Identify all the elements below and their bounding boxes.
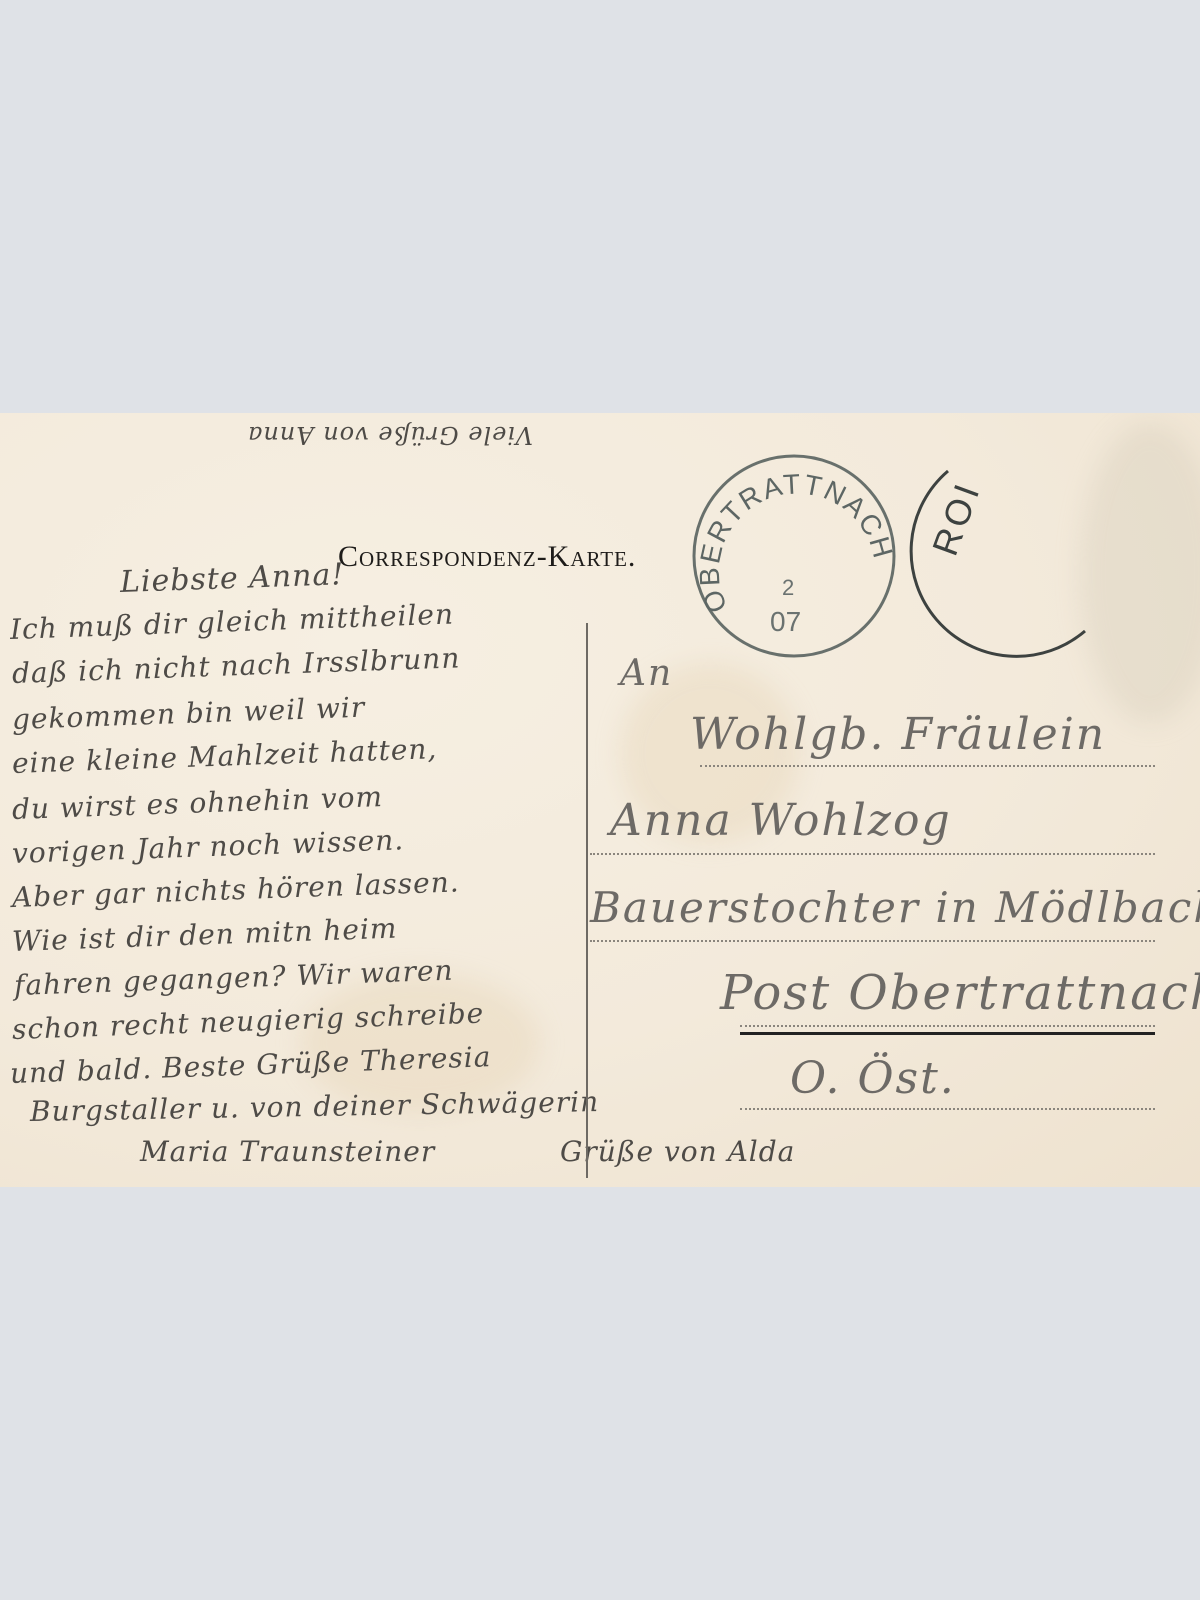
postmark-stamps: OBERTRATTNACH 2 07 ROI: [0, 413, 1200, 1187]
svg-text:2: 2: [782, 575, 794, 600]
svg-text:07: 07: [770, 606, 801, 637]
postmark-obertrattnach: OBERTRATTNACH 2 07: [694, 456, 900, 656]
postmark-roi: ROI: [911, 471, 1085, 656]
postcard: Viele Grüße von Anna Correspondenz-Karte…: [0, 413, 1200, 1187]
